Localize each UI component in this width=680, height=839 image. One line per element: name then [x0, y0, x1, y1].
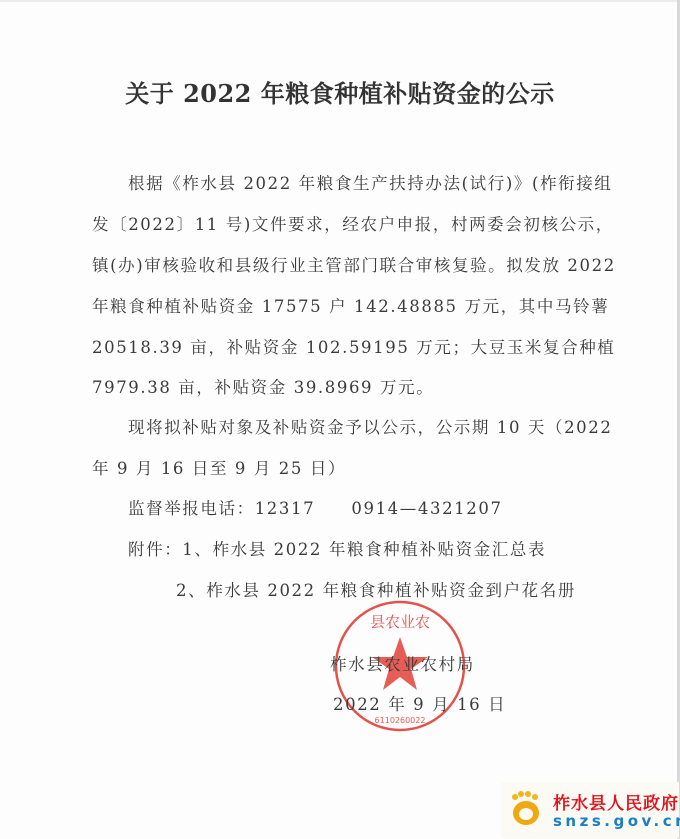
svg-text:6110260022: 6110260022: [375, 716, 426, 725]
paragraph-line: 20518.39 亩，补贴资金 102.59195 万元；大豆玉米复合种植: [92, 334, 615, 358]
paragraph-line: 发〔2022〕11 号)文件要求，经农户申报，村两委会初核公示，: [92, 211, 614, 235]
paragraph-line: 年粮食种植补贴资金 17575 户 142.48885 万元，其中马铃薯: [92, 293, 609, 317]
paragraph-line: 根据《柞水县 2022 年粮食生产扶持办法(试行)》(柞衔接组: [128, 170, 612, 194]
signature-date: 2022 年 9 月 16 日: [333, 691, 506, 715]
hotline-text: 监督举报电话：12317 0914—4321207: [128, 495, 503, 519]
paragraph-line: 现将拟补贴对象及补贴资金予以公示，公示期 10 天（2022: [128, 414, 612, 438]
svg-text:县农业农: 县农业农: [370, 613, 430, 631]
site-watermark: 柞水县人民政府 snzs.gov.cn: [501, 782, 679, 838]
site-url: snzs.gov.cn: [553, 812, 680, 830]
paragraph-line: 镇(办)审核验收和县级行业主管部门联合审核复验。拟发放 2022: [92, 252, 616, 276]
site-name: 柞水县人民政府: [553, 789, 679, 814]
signature-organization: 柞水县农业农村局: [330, 651, 475, 675]
paragraph-line: 年 9 月 16 日至 9 月 25 日）: [92, 455, 346, 479]
attachment-1: 附件：1、柞水县 2022 年粮食种植补贴资金汇总表: [128, 536, 546, 560]
paragraph-line: 7979.38 亩，补贴资金 39.8969 万元。: [92, 374, 434, 398]
paw-logo-icon: [509, 788, 543, 828]
document-title: 关于 2022 年粮食种植补贴资金的公示: [0, 74, 680, 109]
page-top-edge: [0, 0, 680, 2]
